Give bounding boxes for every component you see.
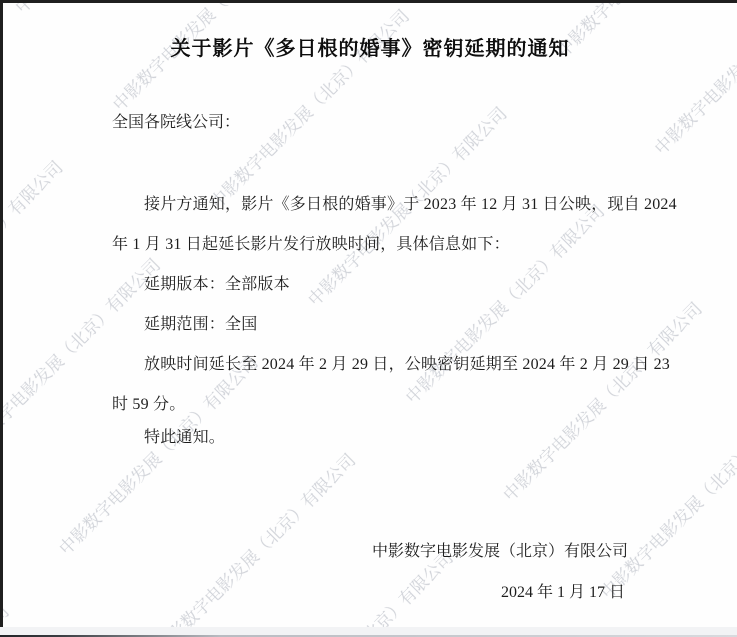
scan-edge-top bbox=[0, 0, 737, 3]
scanned-notice-page: 中影数字电影发展（北京）有限公司 关于影片《多日根的婚事》密钥延期的通知 全国各… bbox=[0, 0, 737, 637]
document-title: 关于影片《多日根的婚事》密钥延期的通知 bbox=[112, 32, 628, 61]
body-line: 年 1 月 31 日起延长影片发行放映时间，具体信息如下： bbox=[112, 231, 510, 254]
salutation: 全国各院线公司： bbox=[112, 109, 240, 132]
signature-company: 中影数字电影发展（北京）有限公司 bbox=[112, 538, 628, 561]
scan-edge-bottom-band bbox=[0, 627, 737, 635]
body-line: 延期范围：全国 bbox=[112, 311, 257, 334]
body-line: 特此通知。 bbox=[112, 424, 225, 447]
signature-date: 2024 年 1 月 17 日 bbox=[112, 579, 625, 602]
scan-edge-left bbox=[0, 0, 3, 637]
body-line: 时 59 分。 bbox=[112, 391, 185, 414]
body-line: 延期版本：全部版本 bbox=[112, 271, 290, 294]
body-line: 放映时间延长至 2024 年 2 月 29 日，公映密钥延期至 2024 年 2… bbox=[112, 351, 670, 374]
body-line: 接片方通知，影片《多日根的婚事》于 2023 年 12 月 31 日公映，现自 … bbox=[112, 191, 677, 214]
